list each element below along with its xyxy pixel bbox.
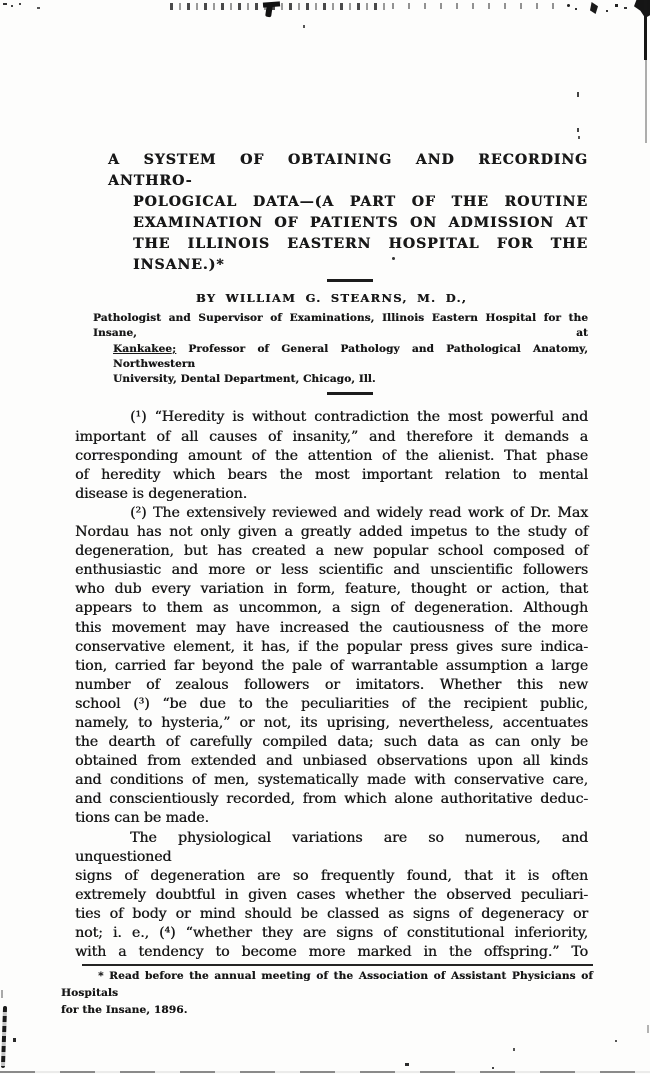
body-line: this movement may have increased the cau… <box>75 619 588 638</box>
scan-artifact <box>647 1025 649 1033</box>
body-line: signs of degeneration are so frequently … <box>75 867 588 886</box>
title-line: THE ILLINOIS EASTERN HOSPITAL FOR THE <box>133 234 588 255</box>
scan-artifact <box>11 5 13 7</box>
footnote-divider <box>82 964 593 966</box>
scan-artifact <box>513 1048 515 1051</box>
body-line: with a tendency to become more marked in… <box>75 943 588 962</box>
body-line: and conditions of men, systematically ma… <box>75 771 588 790</box>
body-line: and conscientiously recorded, from which… <box>75 790 588 809</box>
body-line: conservative element, it has, if the pop… <box>75 638 588 657</box>
paragraph: (²) The extensively reviewed and widely … <box>75 504 588 829</box>
paragraph: The physiological variations are so nume… <box>75 829 588 963</box>
title-line: POLOGICAL DATA—(A PART OF THE ROUTINE <box>133 192 588 213</box>
scan-artifact <box>615 4 618 7</box>
byline: BY WILLIAM G. STEARNS, M. D., <box>75 291 588 305</box>
title-line: A SYSTEM OF OBTAINING AND RECORDING ANTH… <box>108 150 588 192</box>
body-line: (¹) “Heredity is without contradiction t… <box>75 408 588 427</box>
scan-artifact <box>590 2 598 14</box>
body-line: corresponding amount of the attention of… <box>75 447 588 466</box>
body-line: ties of body or mind should be classed a… <box>75 905 588 924</box>
body-line: the dearth of carefully compiled data; s… <box>75 733 588 752</box>
body-line: tions can be made. <box>75 809 588 828</box>
title-line: INSANE.)* <box>133 255 588 276</box>
affiliation-line-2-rest: Professor of General Pathology and Patho… <box>113 343 588 370</box>
footnote: * Read before the annual meeting of the … <box>61 964 593 1019</box>
body-line: important of all causes of insanity,” an… <box>75 428 588 447</box>
scan-artifact <box>644 0 647 60</box>
body-line: obtained from extended and unbiased obse… <box>75 752 588 771</box>
body-line: appears to them as uncommon, a sign of d… <box>75 599 588 618</box>
body-line: school (³) “be due to the peculiarities … <box>75 695 588 714</box>
body-line: The physiological variations are so nume… <box>75 829 588 867</box>
scan-artifact <box>624 7 627 9</box>
article-title: A SYSTEM OF OBTAINING AND RECORDING ANTH… <box>108 150 588 276</box>
scan-artifact <box>606 10 608 12</box>
body-line: namely, to hysteria,” or not, its uprisi… <box>75 714 588 733</box>
scan-artifact <box>3 3 7 5</box>
scan-artifact <box>13 1038 16 1042</box>
body-line: enthusiastic and more or less scientific… <box>75 561 588 580</box>
body-line: degeneration, but has created a new popu… <box>75 542 588 561</box>
body-line: disease is degeneration. <box>75 485 588 504</box>
body-line: not; i. e., (⁴) “whether they are signs … <box>75 924 588 943</box>
affiliation: Pathologist and Supervisor of Examinatio… <box>75 311 588 387</box>
scan-artifact <box>1 1006 7 1068</box>
footnote-line-1: * Read before the annual meeting of the … <box>61 968 593 1002</box>
scanned-page: A SYSTEM OF OBTAINING AND RECORDING ANTH… <box>0 0 650 1074</box>
scan-artifact <box>634 0 650 18</box>
section-divider <box>327 279 373 282</box>
affiliation-line-2: Kankakee; Professor of General Pathology… <box>113 342 588 373</box>
body-line: Nordau has not only given a greatly adde… <box>75 523 588 542</box>
body-line: who dub every variation in form, feature… <box>75 580 588 599</box>
affiliation-line-1: Pathologist and Supervisor of Examinatio… <box>93 311 588 342</box>
body-line: (²) The extensively reviewed and widely … <box>75 504 588 523</box>
scan-artifact <box>645 58 647 143</box>
scan-artifact <box>405 1063 409 1066</box>
affiliation-underlined-word: Kankakee; <box>113 343 176 355</box>
affiliation-line-3: University, Dental Department, Chicago, … <box>113 372 588 387</box>
scan-artifact <box>615 1040 617 1042</box>
scan-artifact <box>37 7 40 9</box>
scan-artifact <box>1 990 3 998</box>
scan-artifact <box>19 3 21 5</box>
body-line: number of zealous followers or imitators… <box>75 676 588 695</box>
footnote-line-2: for the Insane, 1896. <box>61 1002 593 1019</box>
body-line: extremely doubtful in given cases whethe… <box>75 886 588 905</box>
body-line: tion, carried far beyond the pale of war… <box>75 657 588 676</box>
scan-artifact <box>0 1071 650 1073</box>
body-line: of heredity which bears the most importa… <box>75 466 588 485</box>
article-body: (¹) “Heredity is without contradiction t… <box>75 408 588 962</box>
section-divider <box>327 392 373 395</box>
title-line: EXAMINATION OF PATIENTS ON ADMISSION AT <box>133 213 588 234</box>
text-column: A SYSTEM OF OBTAINING AND RECORDING ANTH… <box>75 0 588 1019</box>
paragraph: (¹) “Heredity is without contradiction t… <box>75 408 588 503</box>
scan-artifact <box>492 1067 494 1069</box>
